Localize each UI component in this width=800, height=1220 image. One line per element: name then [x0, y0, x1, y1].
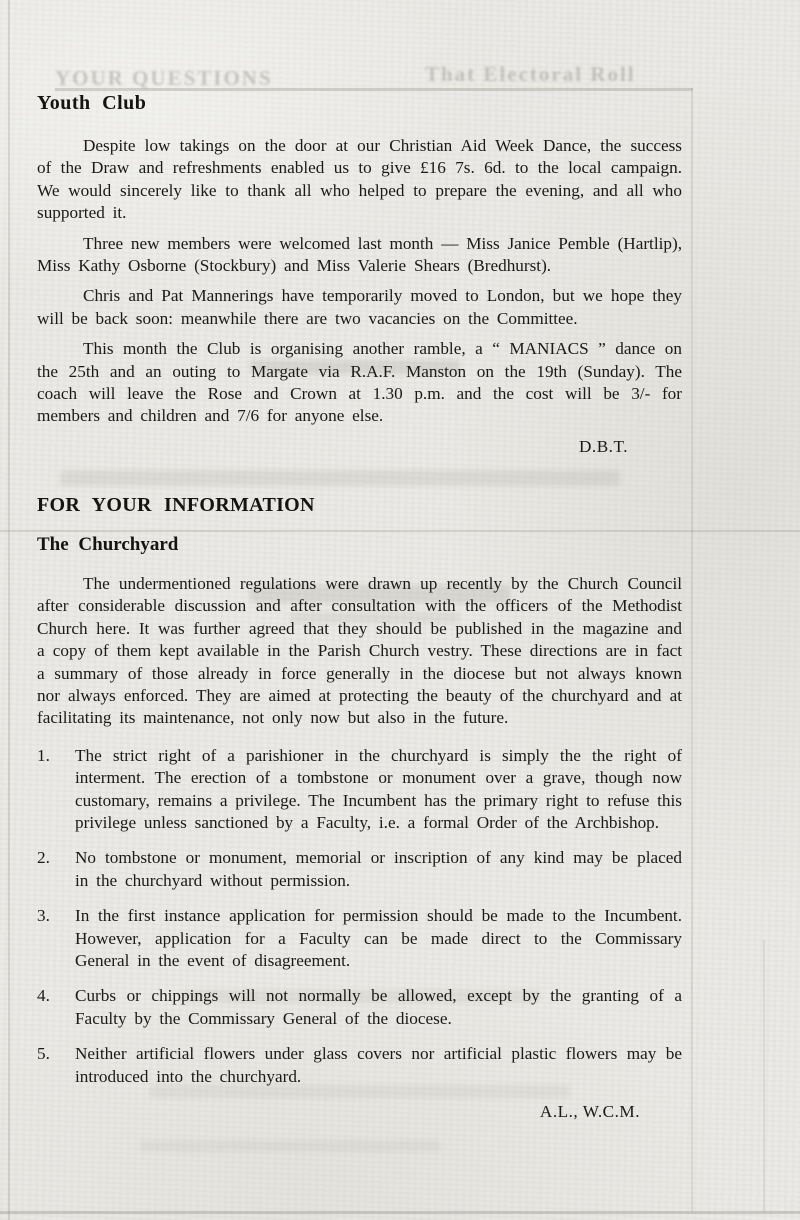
for-your-information-article: FOR YOUR INFORMATION The Churchyard The … — [37, 494, 682, 1123]
regulations-list: 1. The strict right of a parishioner in … — [37, 745, 682, 1088]
youth-club-article: Youth Club Despite low takings on the do… — [37, 92, 682, 458]
list-item-number: 2. — [37, 847, 75, 892]
page-content: Youth Club Despite low takings on the do… — [0, 0, 800, 1123]
youth-club-paragraph: This month the Club is organising anothe… — [37, 338, 682, 428]
list-item: 5. Neither artificial flowers under glas… — [37, 1043, 682, 1088]
list-item: 2. No tombstone or monument, memorial or… — [37, 847, 682, 892]
list-item: 1. The strict right of a parishioner in … — [37, 745, 682, 835]
list-item-text: No tombstone or monument, memorial or in… — [75, 847, 682, 892]
bleed-through-smudge — [140, 1140, 440, 1152]
youth-club-signature: D.B.T. — [37, 436, 682, 458]
churchyard-signature: A.L., W.C.M. — [37, 1101, 682, 1123]
list-item-number: 5. — [37, 1043, 75, 1088]
youth-club-paragraph: Despite low takings on the door at our C… — [37, 135, 682, 225]
list-item: 4. Curbs or chippings will not normally … — [37, 985, 682, 1030]
list-item: 3. In the first instance application for… — [37, 905, 682, 972]
churchyard-subheading: The Churchyard — [37, 534, 682, 556]
information-heading: FOR YOUR INFORMATION — [37, 494, 682, 517]
youth-club-paragraph: Chris and Pat Mannerings have temporaril… — [37, 285, 682, 330]
frame-line-bottom — [0, 1211, 800, 1214]
youth-club-paragraph: Three new members were welcomed last mon… — [37, 233, 682, 278]
churchyard-intro-paragraph: The undermentioned regulations were draw… — [37, 573, 682, 730]
list-item-number: 3. — [37, 905, 75, 972]
youth-club-heading: Youth Club — [37, 92, 682, 115]
list-item-text: Neither artificial flowers under glass c… — [75, 1043, 682, 1088]
list-item-text: Curbs or chippings will not normally be … — [75, 985, 682, 1030]
list-item-number: 1. — [37, 745, 75, 835]
list-item-text: The strict right of a parishioner in the… — [75, 745, 682, 835]
list-item-text: In the first instance application for pe… — [75, 905, 682, 972]
list-item-number: 4. — [37, 985, 75, 1030]
